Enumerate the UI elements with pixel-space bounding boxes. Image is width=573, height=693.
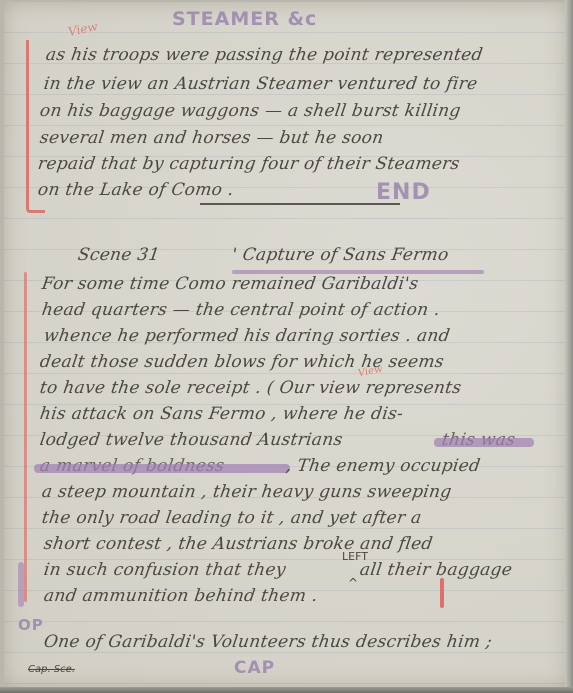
text-line: repaid that by capturing four of their S… [37,154,461,174]
text-line: a steep mountain , their heavy guns swee… [41,482,453,502]
scene-title: ' Capture of Sans Fermo [231,245,450,265]
stamp-steamer: STEAMER &c [172,8,317,30]
struck-scribble: Cap. Sce. [28,664,75,675]
text-line: dealt those sudden blows for which he se… [39,352,446,372]
red-bracket-section2 [24,272,27,602]
insertion-caret: ^ [348,576,358,590]
stamp-op: OP [18,616,44,634]
text-line: all their baggage [359,560,514,580]
text-line: and ammunition behind them . [43,586,319,606]
page-edge-right [565,0,573,693]
scene-label: Scene 31 [77,245,161,265]
text-line: For some time Como remained Garibaldi's [41,274,420,294]
red-annotation-view: View [67,19,99,39]
text-line: head quarters — the central point of act… [41,300,442,320]
text-line: on his baggage waggons — a shell burst k… [39,101,462,121]
text-line: his attack on Sans Fermo , where he dis- [39,404,405,424]
page-edge-bottom [0,687,573,693]
purple-bracket-mark [18,562,24,607]
text-line: on the Lake of Como . [37,180,235,200]
text-line: , The enemy occupied [285,456,482,476]
red-pencil-mark [440,578,444,608]
text-line: lodged twelve thousand Austrians [39,430,344,450]
text-line: as his troops were passing the point rep… [45,45,485,65]
stamp-end: END [376,180,431,205]
section-end-underline [200,203,400,205]
purple-strikethrough [34,464,290,473]
stamp-cap: CAP [234,658,275,678]
text-line: whence he performed his daring sorties .… [43,326,452,346]
text-line: several men and horses — but he soon [39,128,385,148]
purple-strikethrough [434,438,534,447]
text-line: the only road leading to it , and yet af… [41,508,423,528]
text-line: to have the sole receipt . ( Our view re… [39,378,463,398]
manuscript-page: STEAMER &c View as his troops were passi… [4,2,567,688]
text-line: in such confusion that they [43,560,288,580]
text-line: short contest , the Austrians broke and … [43,534,434,554]
text-line: in the view an Austrian Steamer ventured… [43,74,479,94]
text-line: One of Garibaldi's Volunteers thus descr… [43,632,494,652]
